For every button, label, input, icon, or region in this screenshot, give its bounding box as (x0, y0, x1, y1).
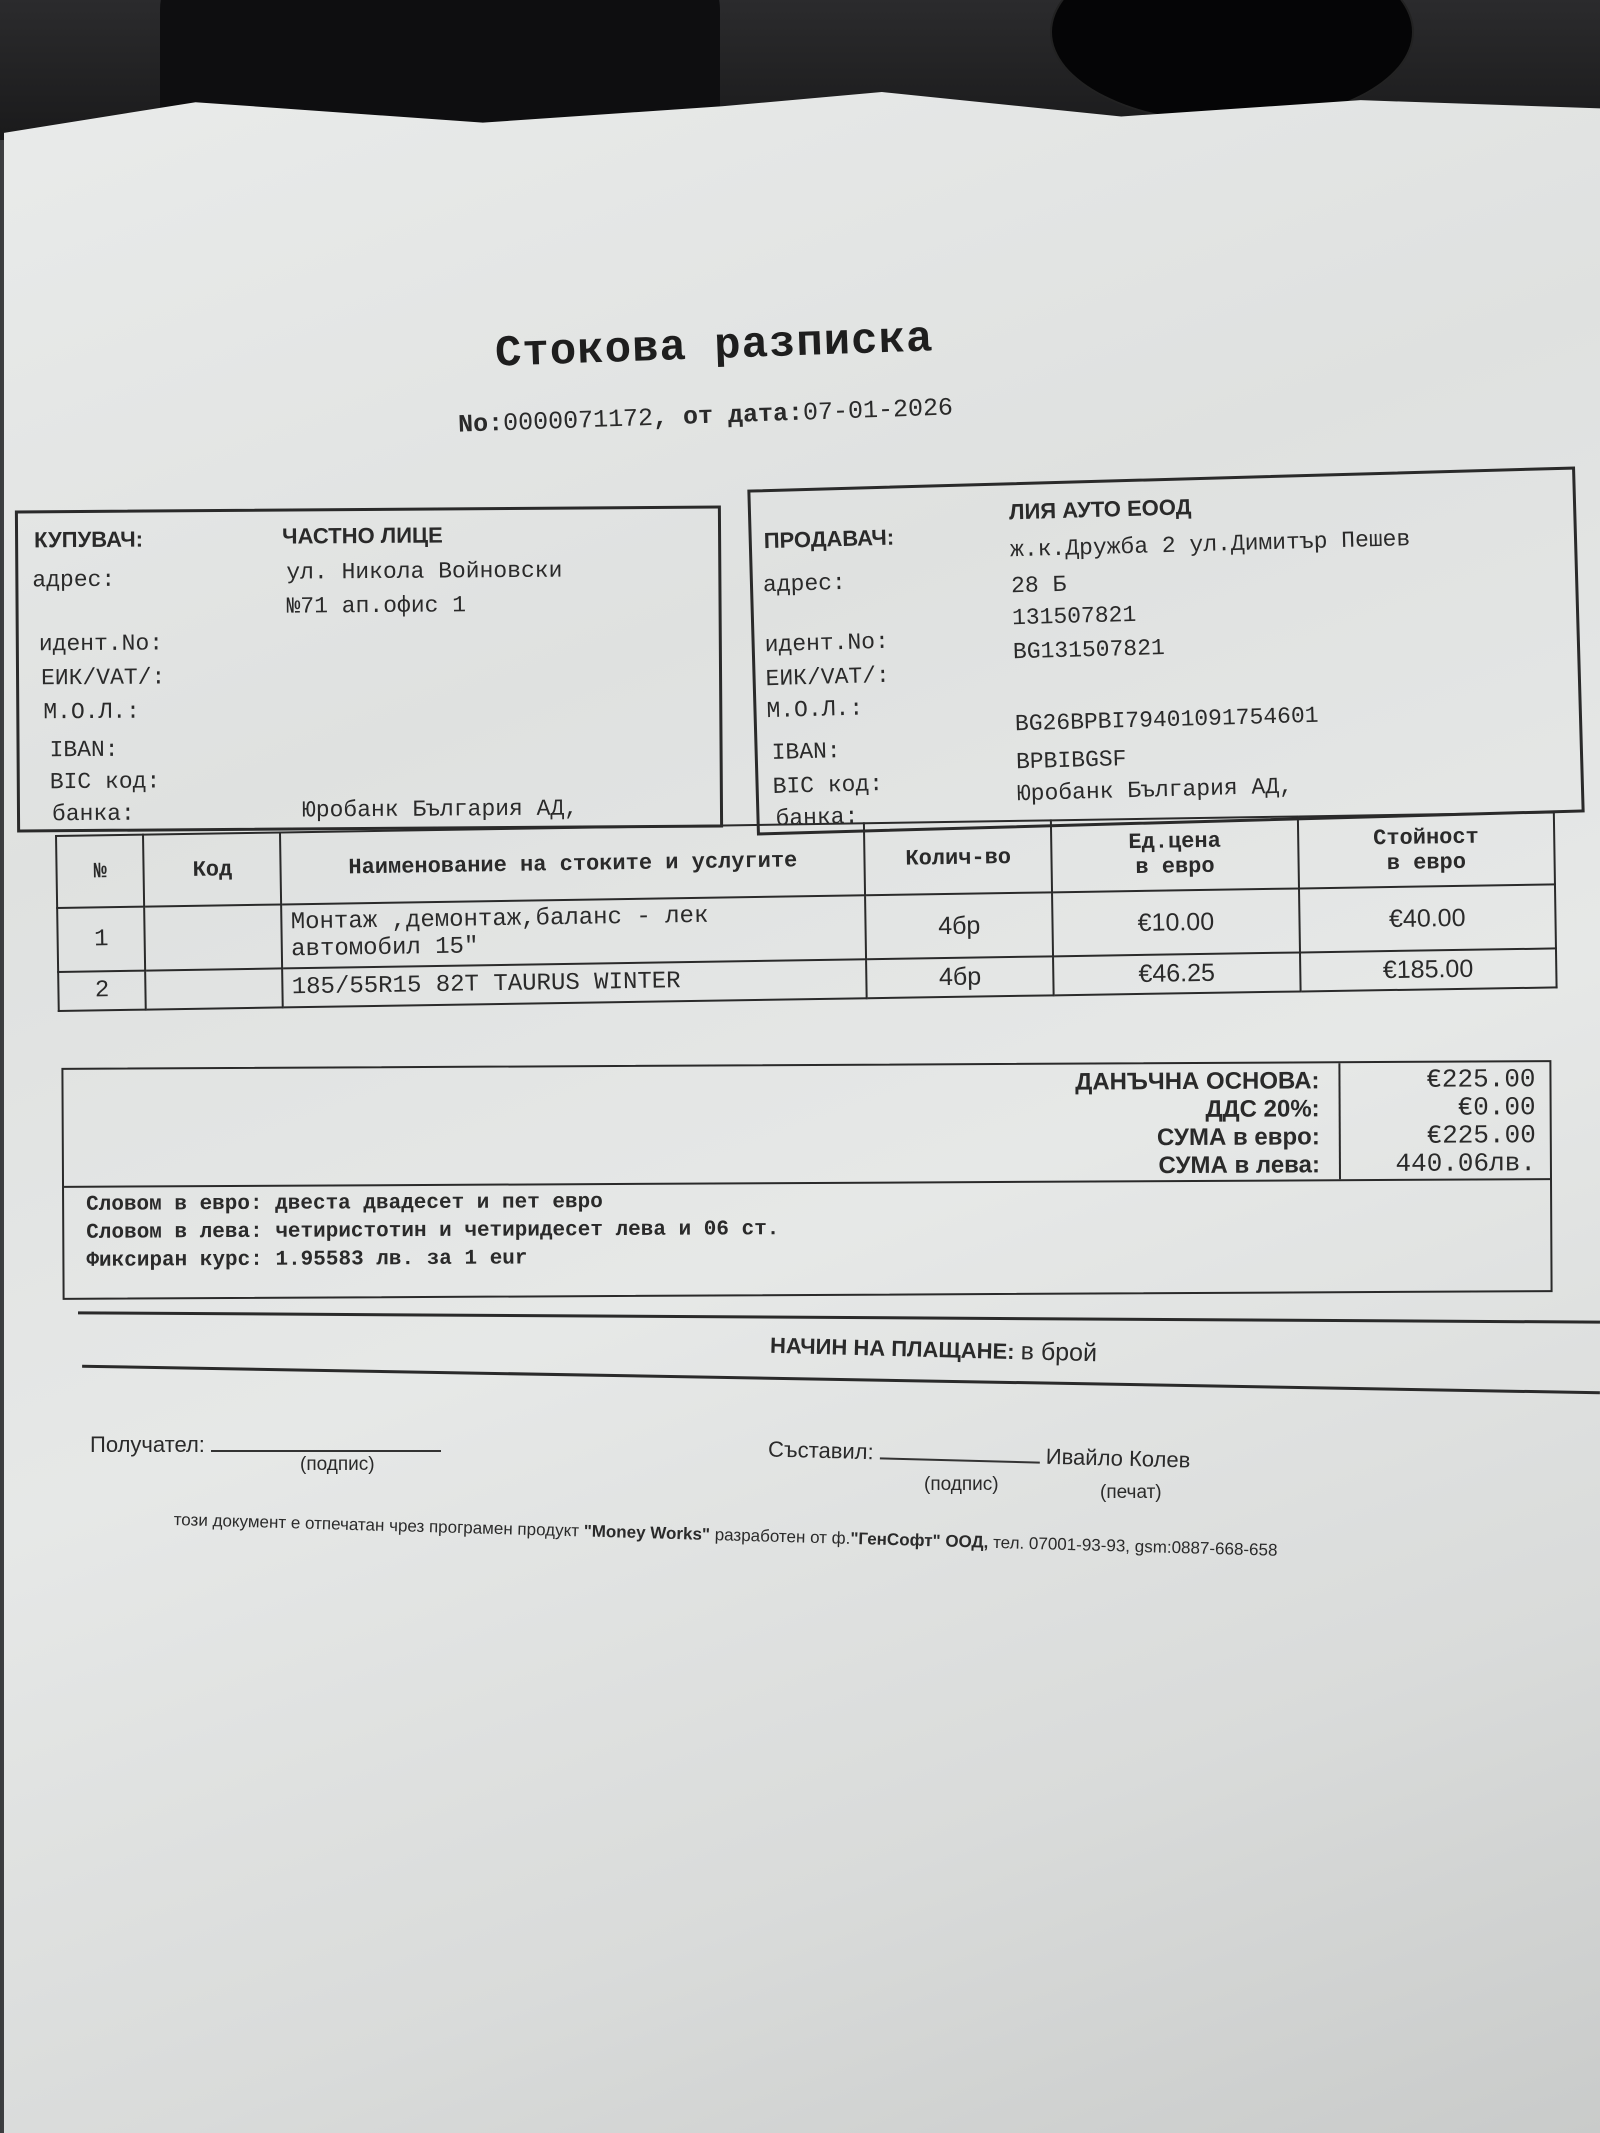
col-no: № (56, 835, 144, 908)
col-name: Наименование на стоките и услугите (280, 823, 865, 904)
seller-address-line2: 28 Б (1011, 572, 1067, 600)
payment-label: НАЧИН НА ПЛАЩАНЕ: (770, 1333, 1015, 1364)
buyer-vat-label: ЕИК/VAT/: (41, 664, 165, 691)
row-code (145, 968, 283, 1009)
row-name: 185/55R15 82T TAURUS WINTER (282, 959, 866, 1007)
document-date: 07-01-2026 (803, 393, 954, 427)
seller-ident: 131507821 (1012, 602, 1137, 631)
receiver-sign-line (211, 1450, 441, 1452)
buyer-iban-label: IBAN: (49, 737, 118, 763)
stamp-caption: (печат) (1100, 1482, 1162, 1504)
receiver-signature: Получател: (90, 1432, 441, 1458)
col-unit-price-line2: в евро (1061, 853, 1290, 882)
row-name: Монтаж ,демонтаж,баланс - лек автомобил … (281, 895, 866, 968)
col-amount-line2: в евро (1307, 849, 1546, 878)
words-bgn: Словом в лева: четиристотин и четиридесе… (86, 1218, 779, 1245)
row-code (144, 904, 282, 970)
buyer-heading: КУПУВАЧ: (34, 527, 143, 554)
seller-vat-label: ЕИК/VAT/: (765, 663, 890, 692)
row-amount: €185.00 (1300, 948, 1557, 991)
fixed-rate: Фиксиран курс: 1.95583 лв. за 1 eur (86, 1247, 527, 1272)
seller-vat: BG131507821 (1013, 635, 1165, 665)
buyer-bank: Юробанк България АД, (302, 796, 578, 824)
col-unit-price-line1: Ед.цена (1060, 828, 1289, 857)
row-no: 1 (57, 907, 145, 972)
seller-iban-label: IBAN: (771, 738, 841, 766)
receiver-label: Получател: (90, 1432, 205, 1457)
totals-separator (64, 1178, 1550, 1188)
date-label: , от дата: (653, 399, 804, 433)
buyer-address-line2: №71 ап.офис 1 (286, 592, 466, 619)
seller-bic: BPBIBGSF (1016, 746, 1127, 775)
row-no: 2 (58, 971, 146, 1011)
issuer-name: Ивайло Колев (1046, 1444, 1191, 1473)
issuer-label: Съставил: (768, 1436, 874, 1464)
col-qty: Колич-во (864, 820, 1052, 895)
receiver-caption: (подпис) (300, 1454, 375, 1476)
seller-mol-label: М.О.Л.: (766, 695, 863, 724)
totals-box: ДАНЪЧНА ОСНОВА: €225.00 ДДС 20%: €0.00 С… (61, 1060, 1552, 1300)
seller-address-label: адрес: (763, 570, 847, 598)
seller-address-line1: ж.к.Дружба 2 ул.Димитър Пешев (1010, 526, 1411, 563)
vat-value: €0.00 (1458, 1092, 1536, 1122)
seller-name: ЛИЯ АУТО ЕООД (1009, 494, 1192, 525)
col-unit-price: Ед.цена в евро (1051, 816, 1298, 892)
col-amount-line1: Стойност (1307, 824, 1546, 853)
buyer-bic-label: BIC код: (50, 768, 161, 795)
sum-eur-value: €225.00 (1426, 1120, 1535, 1151)
words-eur: Словом в евро: двеста двадесет и пет евр… (86, 1191, 603, 1217)
buyer-address-label: адрес: (32, 567, 115, 594)
row-amount: €40.00 (1299, 884, 1556, 952)
seller-iban: BG26BPBI79401091754601 (1015, 703, 1319, 737)
seller-bic-label: BIC код: (772, 771, 883, 800)
tax-base-label: ДАНЪЧНА ОСНОВА: (1075, 1067, 1319, 1096)
sum-eur-label: СУМА в евро: (1157, 1123, 1320, 1152)
tax-base-value: €225.00 (1426, 1064, 1535, 1095)
issuer-caption: (подпис) (924, 1474, 999, 1496)
totals-divider (1338, 1063, 1341, 1179)
row-qty: 4бр (866, 956, 1053, 998)
seller-ident-label: идент.No: (764, 629, 889, 658)
sum-bgn-value: 440.06лв. (1395, 1148, 1536, 1179)
issuer-sign-line (880, 1457, 1040, 1463)
row-unit-price: €10.00 (1052, 888, 1299, 956)
seller-heading: ПРОДАВАЧ: (763, 525, 894, 555)
document-number: 0000071172 (503, 404, 654, 438)
seller-bank: Юробанк България АД, (1017, 774, 1294, 808)
buyer-box: КУПУВАЧ: ЧАСТНО ЛИЦЕ адрес: ул. Никола В… (15, 506, 723, 833)
buyer-mol-label: М.О.Л.: (43, 699, 140, 726)
payment-value: в брой (1020, 1337, 1097, 1367)
row-qty: 4бр (865, 892, 1053, 959)
seller-box: ПРОДАВАЧ: ЛИЯ АУТО ЕООД адрес: ж.к.Дружб… (747, 467, 1584, 836)
buyer-name: ЧАСТНО ЛИЦЕ (282, 522, 443, 549)
footer-text-2: разработен от ф. (710, 1525, 851, 1548)
sum-bgn-label: СУМА в лева: (1158, 1151, 1320, 1180)
row-unit-price: €46.25 (1053, 952, 1300, 995)
buyer-ident-label: идент.No: (39, 630, 163, 657)
buyer-bank-label: банка: (52, 801, 135, 828)
vat-label: ДДС 20%: (1205, 1095, 1319, 1124)
number-label: No: (458, 409, 504, 440)
buyer-address-line1: ул. Никола Войновски (286, 558, 562, 586)
items-table: № Код Наименование на стоките и услугите… (55, 811, 1558, 1012)
footer-product: "Money Works" (583, 1521, 710, 1544)
footer-company: "ГенСофт" ООД, (850, 1529, 989, 1552)
col-amount: Стойност в евро (1297, 812, 1555, 888)
col-code: Код (143, 832, 281, 906)
